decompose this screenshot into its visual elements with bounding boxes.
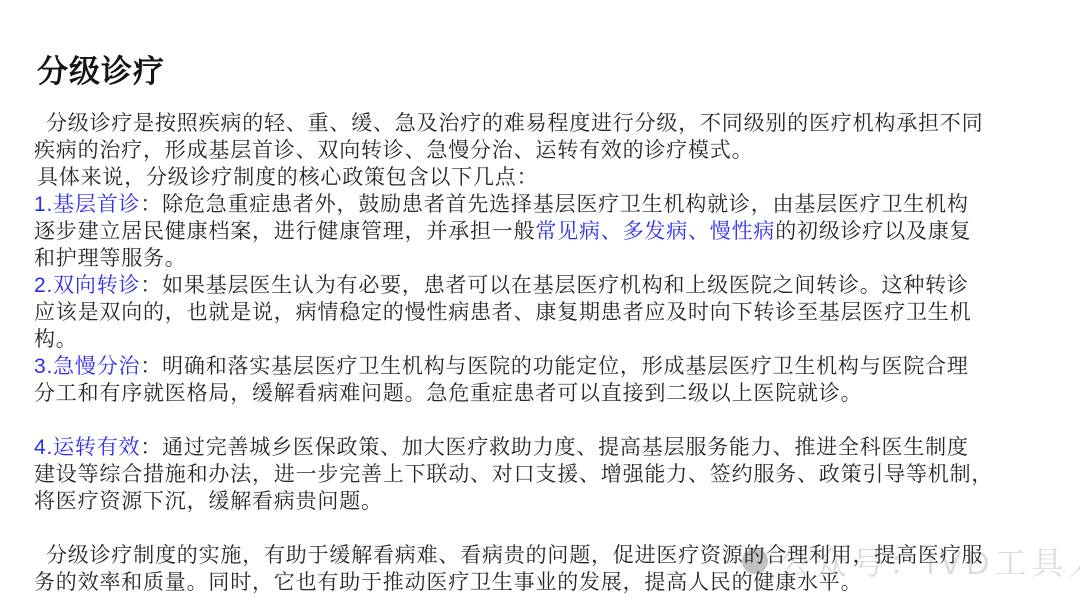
text-segment: ：明确和落实基层医疗卫生机构与医院的功能定位，形成基层医疗卫生机构与医院合理 — [140, 355, 968, 378]
text-segment: 务的效率和质量。同时，它也有助于推动医疗卫生事业的发展，提高人民的健康水平。 — [34, 571, 862, 594]
highlighted-term: 4.运转有效 — [34, 436, 140, 459]
text-line: 分工和有序就医格局，缓解看病难问题。急危重症患者可以直接到二级以上医院就诊。 — [34, 380, 1064, 407]
text-line: 1.基层首诊：除危急重症患者外，鼓励患者首先选择基层医疗卫生机构就诊，由基层医疗… — [34, 191, 1064, 218]
text-segment: 的初级诊疗以及康复 — [775, 220, 971, 243]
text-line: 应该是双向的，也就是说，病情稳定的慢性病患者、康复期患者应及时向下转诊至基层医疗… — [34, 299, 1064, 326]
text-segment: 应该是双向的，也就是说，病情稳定的慢性病患者、康复期患者应及时向下转诊至基层医疗… — [34, 301, 971, 324]
text-line: 疾病的治疗，形成基层首诊、双向转诊、急慢分治、运转有效的诊疗模式。 — [34, 137, 1064, 164]
text-segment: 构。 — [34, 328, 78, 351]
text-line — [34, 407, 1064, 434]
text-segment: 建设等综合措施和办法，进一步完善上下联动、对口支援、增强能力、签约服务、政策引导… — [34, 463, 993, 486]
text-segment: 分级诊疗是按照疾病的轻、重、缓、急及治疗的难易程度进行分级，不同级别的医疗机构承… — [46, 112, 983, 135]
text-line: 构。 — [34, 326, 1064, 353]
highlighted-term: 3.急慢分治 — [34, 355, 140, 378]
text-segment: ：通过完善城乡医保政策、加大医疗救助力度、提高基层服务能力、推进全科医生制度 — [140, 436, 968, 459]
page-title: 分级诊疗 — [37, 46, 165, 91]
text-line: 逐步建立居民健康档案，进行健康管理，并承担一般常见病、多发病、慢性病的初级诊疗以… — [34, 218, 1064, 245]
text-line: 分级诊疗制度的实施，有助于缓解看病难、看病贵的问题，促进医疗资源的合理利用，提高… — [34, 542, 1064, 569]
text-line: 4.运转有效：通过完善城乡医保政策、加大医疗救助力度、提高基层服务能力、推进全科… — [34, 434, 1064, 461]
text-line: 将医疗资源下沉，缓解看病贵问题。 — [34, 488, 1064, 515]
highlighted-term: 1.基层首诊 — [34, 193, 140, 216]
text-segment: 逐步建立居民健康档案，进行健康管理，并承担一般 — [34, 220, 535, 243]
text-segment: 分级诊疗制度的实施，有助于缓解看病难、看病贵的问题，促进医疗资源的合理利用，提高… — [46, 544, 983, 567]
slide-page: 公众号：IVD工具人 分级诊疗 分级诊疗是按照疾病的轻、重、缓、急及治疗的难易程… — [0, 0, 1080, 609]
text-line: 建设等综合措施和办法，进一步完善上下联动、对口支援、增强能力、签约服务、政策引导… — [34, 461, 1064, 488]
text-line: 3.急慢分治：明确和落实基层医疗卫生机构与医院的功能定位，形成基层医疗卫生机构与… — [34, 353, 1064, 380]
text-line: 具体来说，分级诊疗制度的核心政策包含以下几点： — [34, 164, 1064, 191]
text-segment: 和护理等服务。 — [34, 247, 187, 270]
text-segment: 分工和有序就医格局，缓解看病难问题。急危重症患者可以直接到二级以上医院就诊。 — [34, 382, 862, 405]
text-line: 和护理等服务。 — [34, 245, 1064, 272]
text-segment: ：如果基层医生认为有必要，患者可以在基层医疗机构和上级医院之间转诊。这种转诊 — [140, 274, 968, 297]
text-line — [34, 515, 1064, 542]
text-segment: 将医疗资源下沉，缓解看病贵问题。 — [34, 490, 383, 513]
text-line: 务的效率和质量。同时，它也有助于推动医疗卫生事业的发展，提高人民的健康水平。 — [34, 569, 1064, 596]
highlighted-term: 2.双向转诊 — [34, 274, 140, 297]
text-line: 2.双向转诊：如果基层医生认为有必要，患者可以在基层医疗机构和上级医院之间转诊。… — [34, 272, 1064, 299]
content-lines: 分级诊疗是按照疾病的轻、重、缓、急及治疗的难易程度进行分级，不同级别的医疗机构承… — [34, 110, 1064, 596]
text-segment: 具体来说，分级诊疗制度的核心政策包含以下几点： — [37, 166, 538, 189]
highlighted-term: 常见病、多发病、慢性病 — [535, 220, 775, 243]
text-segment: 疾病的治疗，形成基层首诊、双向转诊、急慢分治、运转有效的诊疗模式。 — [34, 139, 753, 162]
text-line: 分级诊疗是按照疾病的轻、重、缓、急及治疗的难易程度进行分级，不同级别的医疗机构承… — [34, 110, 1064, 137]
text-segment: ：除危急重症患者外，鼓励患者首先选择基层医疗卫生机构就诊，由基层医疗卫生机构 — [140, 193, 968, 216]
